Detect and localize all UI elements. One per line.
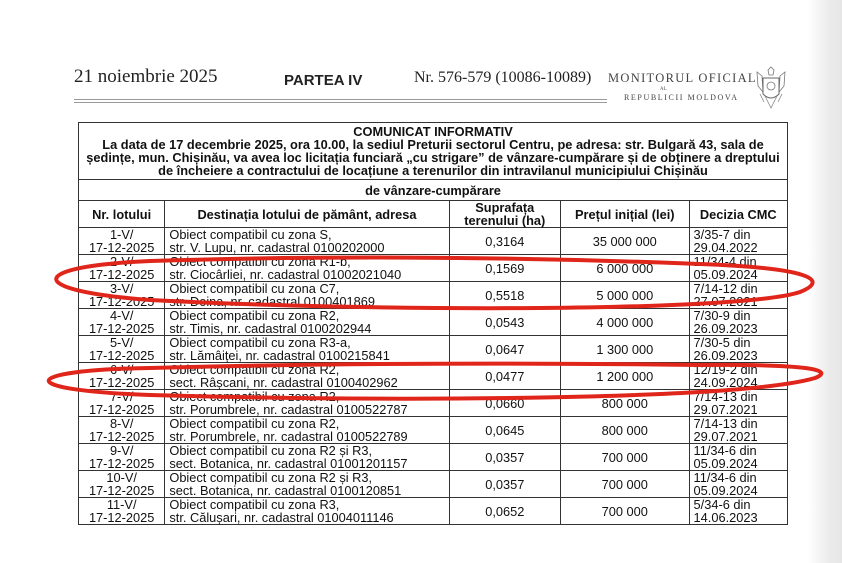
price-cell-line: 1 300 000: [565, 343, 685, 356]
publication-title: MONITORUL OFICIAL: [608, 71, 757, 86]
area-cell-line: 0,0660: [454, 397, 556, 410]
destination-cell-line: str. Timis, nr. cadastral 0100202944: [169, 322, 444, 335]
destination-cell: Obiect compatibil cu zona C7,str. Doina,…: [165, 282, 449, 309]
lot-cell: 1-V/17-12-2025: [79, 228, 165, 255]
decision-cell: 7/14-13 din29.07.2021: [689, 390, 787, 417]
decision-cell: 12/19-2 din24.09.2024: [689, 363, 787, 390]
price-cell: 35 000 000: [561, 228, 690, 255]
table-row: 7-V/17-12-2025Obiect compatibil cu zona …: [79, 390, 788, 417]
price-cell: 800 000: [561, 417, 690, 444]
col-header-decision: Decizia CMC: [689, 201, 787, 228]
lot-cell-line: 17-12-2025: [83, 403, 160, 416]
issue-number: Nr. 576-579 (10086-10089): [414, 69, 591, 87]
decision-cell: 11/34-6 din05.09.2024: [689, 471, 787, 498]
price-cell: 700 000: [561, 498, 690, 525]
price-cell: 1 300 000: [561, 336, 690, 363]
price-cell-line: 35 000 000: [565, 235, 685, 248]
decision-cell: 11/34-6 din05.09.2024: [689, 444, 787, 471]
area-cell-line: 0,1569: [454, 262, 556, 275]
area-cell: 0,0543: [449, 309, 560, 336]
decision-cell-line: 14.06.2023: [694, 511, 783, 524]
col-header-lot: Nr. lotului: [79, 201, 165, 228]
area-cell: 0,5518: [449, 282, 560, 309]
col-header-destination: Destinația lotului de pământ, adresa: [165, 201, 449, 228]
lot-cell: 10-V/17-12-2025: [79, 471, 165, 498]
table-header-row: Nr. lotului Destinația lotului de pământ…: [79, 201, 788, 228]
lot-cell: 8-V/17-12-2025: [79, 417, 165, 444]
table-row: 1-V/17-12-2025Obiect compatibil cu zona …: [79, 228, 788, 255]
destination-cell-line: str. Doina, nr. cadastral 0100401869: [169, 295, 444, 308]
price-cell-line: 700 000: [565, 478, 685, 491]
decision-cell-line: 29.07.2021: [694, 403, 783, 416]
section-heading: de vânzare-cumpărare: [79, 180, 788, 201]
destination-cell: Obiect compatibil cu zona R2,str. Timis,…: [165, 309, 449, 336]
price-cell: 4 000 000: [561, 309, 690, 336]
notice-block: COMUNICAT INFORMATIV La data de 17 decem…: [79, 123, 788, 180]
area-cell: 0,0660: [449, 390, 560, 417]
table-row: 11-V/17-12-2025Obiect compatibil cu zona…: [79, 498, 788, 525]
lot-cell: 9-V/17-12-2025: [79, 444, 165, 471]
table-row: 6-V/17-12-2025Obiect compatibil cu zona …: [79, 363, 788, 390]
destination-cell-line: sect. Râșcani, nr. cadastral 0100402962: [169, 376, 444, 389]
auction-table: COMUNICAT INFORMATIV La data de 17 decem…: [78, 122, 788, 525]
destination-cell: Obiect compatibil cu zona R2,sect. Râșca…: [165, 363, 449, 390]
decision-cell-line: 26.09.2023: [694, 322, 783, 335]
area-cell: 0,1569: [449, 255, 560, 282]
price-cell: 1 200 000: [561, 363, 690, 390]
area-cell-line: 0,0647: [454, 343, 556, 356]
decision-cell-line: 27.07.2021: [694, 295, 783, 308]
table-row: 3-V/17-12-2025Obiect compatibil cu zona …: [79, 282, 788, 309]
decision-cell-line: 24.09.2024: [694, 376, 783, 389]
lot-cell-line: 17-12-2025: [83, 322, 160, 335]
notice-body: La data de 17 decembrie 2025, ora 10.00,…: [86, 137, 779, 178]
price-cell: 5 000 000: [561, 282, 690, 309]
table-row: 5-V/17-12-2025Obiect compatibil cu zona …: [79, 336, 788, 363]
price-cell-line: 1 200 000: [565, 370, 685, 383]
decision-cell: 7/14-13 din29.07.2021: [689, 417, 787, 444]
lot-cell-line: 17-12-2025: [83, 511, 160, 524]
destination-cell: Obiect compatibil cu zona R2 și R3,sect.…: [165, 444, 449, 471]
lot-cell: 7-V/17-12-2025: [79, 390, 165, 417]
decision-cell: 7/30-5 din26.09.2023: [689, 336, 787, 363]
table-row: 4-V/17-12-2025Obiect compatibil cu zona …: [79, 309, 788, 336]
part-label: PARTEA IV: [284, 72, 362, 89]
table-row: 10-V/17-12-2025Obiect compatibil cu zona…: [79, 471, 788, 498]
coat-of-arms-icon: [754, 66, 788, 110]
destination-cell: Obiect compatibil cu zona R3-a,str. Lămâ…: [165, 336, 449, 363]
header-rule: [74, 99, 607, 103]
destination-cell-line: str. Ciocârliei, nr. cadastral 010020210…: [169, 268, 444, 281]
lot-cell-line: 17-12-2025: [83, 484, 160, 497]
decision-cell-line: 05.09.2024: [694, 484, 783, 497]
destination-cell-line: str. Călușari, nr. cadastral 01004011146: [169, 511, 444, 524]
decision-cell: 3/35-7 din29.04.2022: [689, 228, 787, 255]
price-cell: 6 000 000: [561, 255, 690, 282]
area-cell: 0,0647: [449, 336, 560, 363]
lot-cell: 5-V/17-12-2025: [79, 336, 165, 363]
lot-cell-line: 17-12-2025: [83, 376, 160, 389]
area-cell-line: 0,0645: [454, 424, 556, 437]
area-cell-line: 0,5518: [454, 289, 556, 302]
decision-cell-line: 05.09.2024: [694, 268, 783, 281]
destination-cell: Obiect compatibil cu zona R3,str. Călușa…: [165, 498, 449, 525]
table-row: 8-V/17-12-2025Obiect compatibil cu zona …: [79, 417, 788, 444]
price-cell-line: 6 000 000: [565, 262, 685, 275]
decision-cell-line: 05.09.2024: [694, 457, 783, 470]
price-cell: 800 000: [561, 390, 690, 417]
decision-cell-line: 29.07.2021: [694, 430, 783, 443]
publication-subtitle: REPUBLICII MOLDOVA: [624, 93, 739, 102]
decision-cell: 5/34-6 din14.06.2023: [689, 498, 787, 525]
price-cell-line: 4 000 000: [565, 316, 685, 329]
price-cell-line: 700 000: [565, 505, 685, 518]
price-cell-line: 5 000 000: [565, 289, 685, 302]
destination-cell: Obiect compatibil cu zona S,str. V. Lupu…: [165, 228, 449, 255]
decision-cell: 7/14-12 din27.07.2021: [689, 282, 787, 309]
lot-cell-line: 17-12-2025: [83, 430, 160, 443]
table-row: 2-V/17-12-2025Obiect compatibil cu zona …: [79, 255, 788, 282]
lot-cell: 11-V/17-12-2025: [79, 498, 165, 525]
destination-cell-line: str. Porumbrele, nr. cadastral 010052278…: [169, 403, 444, 416]
area-cell-line: 0,0543: [454, 316, 556, 329]
destination-cell-line: sect. Botanica, nr. cadastral 0100120851: [169, 484, 444, 497]
area-cell-line: 0,0652: [454, 505, 556, 518]
area-cell: 0,0477: [449, 363, 560, 390]
destination-cell: Obiect compatibil cu zona R2,str. Porumb…: [165, 390, 449, 417]
col-header-price: Prețul inițial (lei): [561, 201, 690, 228]
page-edge-shadow: [808, 0, 842, 563]
destination-cell: Obiect compatibil cu zona R1-b,str. Cioc…: [165, 255, 449, 282]
lot-cell-line: 17-12-2025: [83, 268, 160, 281]
area-cell: 0,3164: [449, 228, 560, 255]
decision-cell: 7/30-9 din26.09.2023: [689, 309, 787, 336]
destination-cell-line: str. V. Lupu, nr. cadastral 0100202000: [169, 241, 444, 254]
destination-cell-line: str. Porumbrele, nr. cadastral 010052278…: [169, 430, 444, 443]
destination-cell-line: str. Lămâiței, nr. cadastral 0100215841: [169, 349, 444, 362]
price-cell-line: 800 000: [565, 424, 685, 437]
price-cell-line: 800 000: [565, 397, 685, 410]
price-cell: 700 000: [561, 444, 690, 471]
decision-cell: 11/34-4 din05.09.2024: [689, 255, 787, 282]
area-cell-line: 0,3164: [454, 235, 556, 248]
lot-cell-line: 17-12-2025: [83, 457, 160, 470]
lot-cell: 4-V/17-12-2025: [79, 309, 165, 336]
area-cell-line: 0,0477: [454, 370, 556, 383]
destination-cell: Obiect compatibil cu zona R2 și R3,sect.…: [165, 471, 449, 498]
decision-cell-line: 26.09.2023: [694, 349, 783, 362]
lot-cell-line: 17-12-2025: [83, 349, 160, 362]
area-cell: 0,0357: [449, 471, 560, 498]
table-row: 9-V/17-12-2025Obiect compatibil cu zona …: [79, 444, 788, 471]
area-cell: 0,0652: [449, 498, 560, 525]
area-cell: 0,0357: [449, 444, 560, 471]
decision-cell-line: 29.04.2022: [694, 241, 783, 254]
area-cell-line: 0,0357: [454, 478, 556, 491]
area-cell-line: 0,0357: [454, 451, 556, 464]
lot-cell: 6-V/17-12-2025: [79, 363, 165, 390]
col-header-area: Suprafața terenului (ha): [449, 201, 560, 228]
lot-cell: 3-V/17-12-2025: [79, 282, 165, 309]
lot-cell-line: 17-12-2025: [83, 295, 160, 308]
destination-cell: Obiect compatibil cu zona R2,str. Porumb…: [165, 417, 449, 444]
lot-cell-line: 17-12-2025: [83, 241, 160, 254]
publication-al: AL: [660, 87, 667, 92]
price-cell: 700 000: [561, 471, 690, 498]
lot-cell: 2-V/17-12-2025: [79, 255, 165, 282]
area-cell: 0,0645: [449, 417, 560, 444]
issue-date: 21 noiembrie 2025: [74, 66, 218, 88]
destination-cell-line: sect. Botanica, nr. cadastral 0100120115…: [169, 457, 444, 470]
price-cell-line: 700 000: [565, 451, 685, 464]
